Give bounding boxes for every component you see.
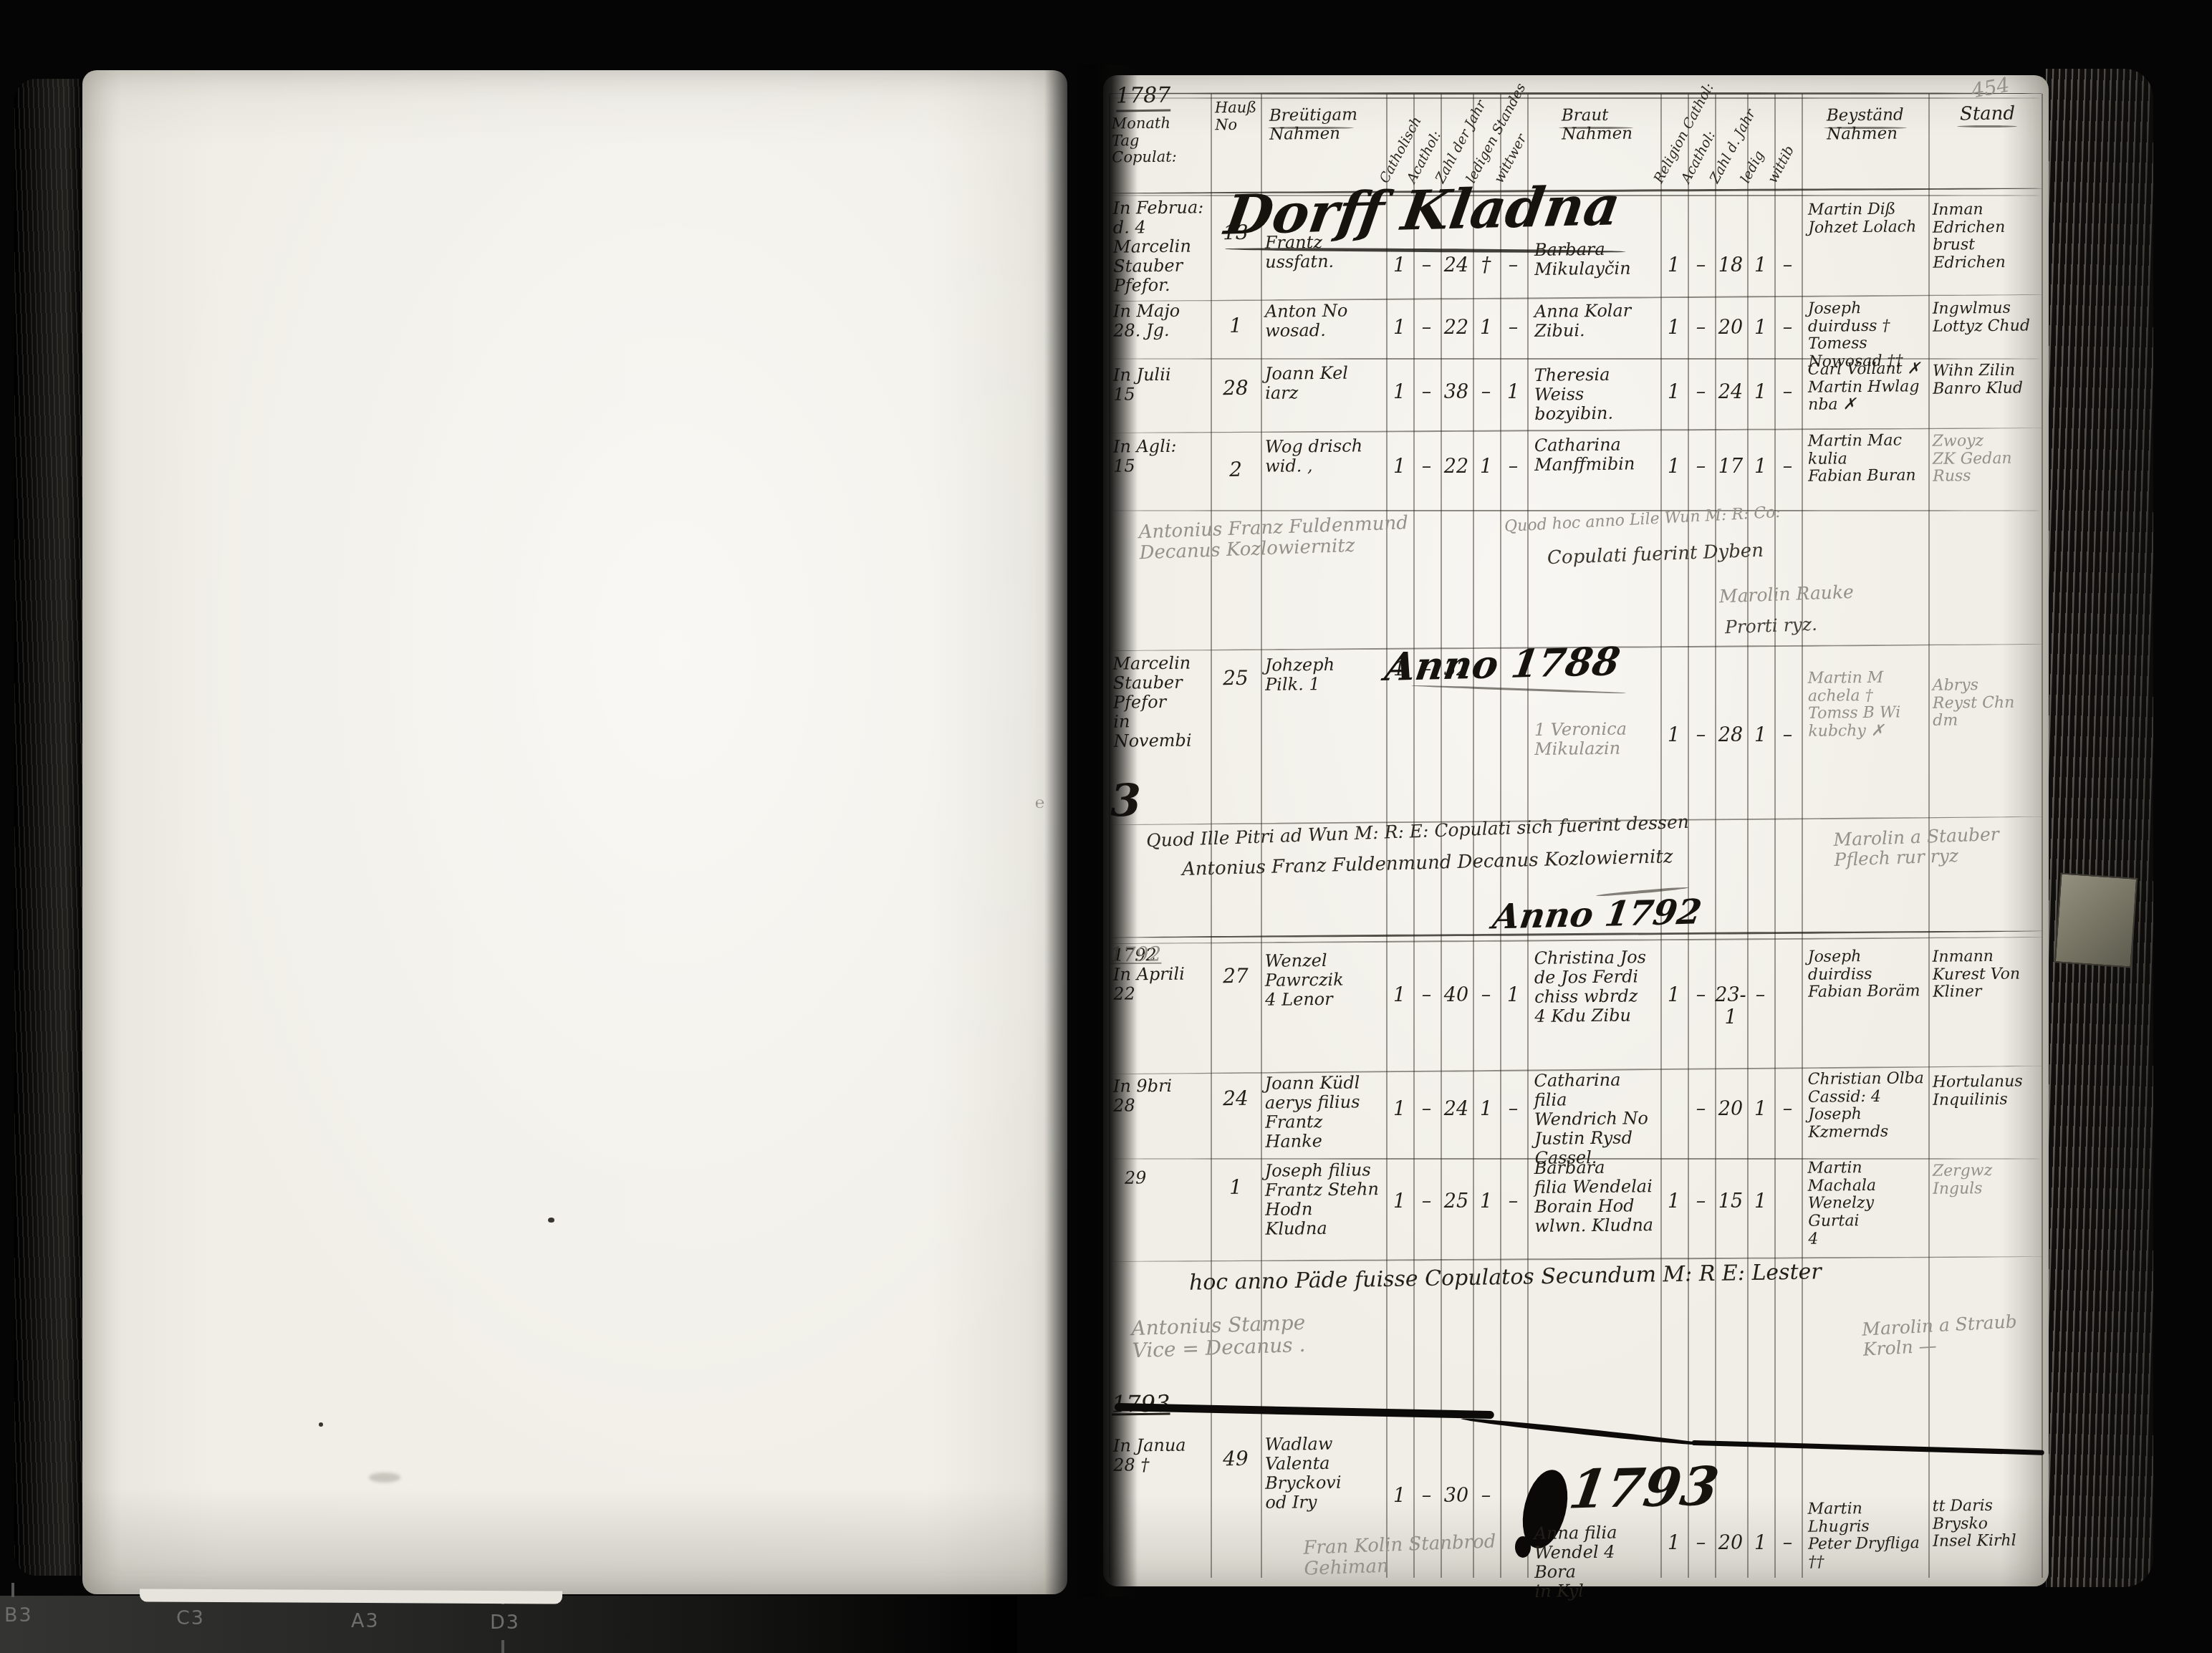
- row-groom-name: Joseph filius Frantz Stehn Hodn Kludna: [1264, 1160, 1384, 1238]
- row-house-no: 27: [1212, 965, 1259, 988]
- row-groom-name: Joann Kel iarz: [1265, 363, 1385, 403]
- bride-age: 20: [1715, 1098, 1746, 1120]
- row-groom-name: Frantz ussfatn.: [1265, 232, 1385, 271]
- column-header-bride: Braut Nahmen: [1562, 106, 1632, 144]
- row-witnesses: Martin M achela † Tomss B Wi kubchy ✗: [1807, 669, 1925, 741]
- groom-widower-mark: 1: [1500, 381, 1526, 403]
- header-underline: [1268, 127, 1354, 129]
- ink-stroke: [1115, 1403, 1494, 1419]
- dean-signature: Antonius Franz Fuldenmund Decanus Kozlow…: [1182, 847, 1673, 880]
- row-bride-name: 1 Veronica Mikulazin: [1534, 719, 1658, 759]
- row-house-no: 49: [1212, 1447, 1259, 1470]
- book-gutter-shadow: [1044, 64, 1138, 1597]
- row-house-no: 2: [1212, 458, 1259, 481]
- groom-age: 40: [1441, 984, 1472, 1006]
- table-row: In Agli: 15 2 Wog drisch wid. , 1 – 22 1…: [1103, 430, 2049, 510]
- groom-single-mark: –: [1473, 1485, 1499, 1507]
- annotation-block: Antonius Franz Fuldenmund Decanus Kozlow…: [1103, 510, 2049, 648]
- groom-catholic-mark: 1: [1386, 1190, 1413, 1213]
- groom-catholic-mark: 1: [1386, 254, 1413, 276]
- bride-acatholic-mark: –: [1688, 1532, 1714, 1554]
- film-tick: [11, 1583, 14, 1597]
- bride-acatholic-mark: –: [1688, 456, 1714, 478]
- column-header-witnesses: Beyständ Nahmen: [1827, 106, 1904, 144]
- bride-age: 28: [1715, 724, 1746, 746]
- left-blank-page: ℮: [82, 70, 1067, 1594]
- bride-single-mark: 1: [1747, 456, 1774, 478]
- bride-single-mark: 1: [1747, 1190, 1774, 1213]
- bride-acatholic-mark: –: [1688, 1190, 1714, 1213]
- bride-single-mark: 1: [1747, 1532, 1774, 1554]
- microfilm-scan: B3 C3 A3 D3 ℮: [0, 0, 2212, 1653]
- row-stand: Zwoyz ZK Gedan Russ: [1933, 432, 2042, 486]
- bride-catholic-mark: 1: [1660, 1190, 1687, 1213]
- groom-age: 30: [1441, 1485, 1472, 1507]
- bride-catholic-mark: 1: [1660, 984, 1687, 1006]
- smudge: [369, 1473, 400, 1483]
- groom-catholic-mark: 1: [1386, 317, 1413, 339]
- row-house-no: 28: [1212, 377, 1259, 400]
- groom-catholic-mark: 1: [1386, 1485, 1413, 1507]
- groom-acatholic-mark: –: [1413, 317, 1440, 339]
- row-bride-name: Christina Jos de Jos Ferdi chiss wbrdz 4…: [1534, 948, 1658, 1026]
- groom-single-mark: 1: [1473, 1190, 1499, 1213]
- bride-catholic-mark: 1: [1660, 1532, 1687, 1554]
- table-row: In 9bri 28 24 Joann Küdl aerys filius Fr…: [1103, 1069, 2049, 1158]
- bride-widow-mark: –: [1774, 456, 1801, 478]
- row-stand: Inmann Kurest Von Kliner: [1933, 948, 2042, 1001]
- table-row: In Julii 15 28 Joann Kel iarz 1 – 38 – 1…: [1103, 358, 2049, 430]
- stray-pen-mark: ℮: [1035, 795, 1044, 813]
- table-row: In Februa: d. 4 Marcelin Stauber Pfefor.…: [1103, 196, 2049, 297]
- row-groom-name: Joann Küdl aerys filius Frantz Hanke: [1264, 1073, 1384, 1151]
- bride-acatholic-mark: –: [1688, 724, 1714, 746]
- row-stand: Hortulanus Inquilinis: [1933, 1073, 2042, 1109]
- ink-speck: [319, 1422, 323, 1427]
- row-house-no: 1: [1212, 1176, 1259, 1199]
- bride-catholic-mark: 1: [1660, 317, 1687, 339]
- bride-age: 17: [1715, 456, 1746, 478]
- row-bride-name: Catharina Manffmibin: [1534, 435, 1658, 475]
- ink-blot: [1515, 1536, 1531, 1558]
- row-witnesses: Martin Machala Wenelzy Gurtai 4: [1807, 1159, 1925, 1248]
- vice-dean-signature: Antonius Stampe Vice = Decanus .: [1131, 1311, 1307, 1362]
- groom-single-mark: 1: [1473, 1098, 1499, 1120]
- groom-widower-mark: 1: [1500, 984, 1526, 1006]
- bride-widow-mark: –: [1774, 381, 1801, 403]
- groom-widower-mark: –: [1500, 254, 1526, 276]
- bride-widow-mark: –: [1774, 317, 1801, 339]
- bride-acatholic-mark: –: [1688, 1098, 1714, 1120]
- row-stand: Inman Edrichen brust Edrichen: [1932, 201, 2042, 272]
- side-note: Marolin a Stauber Pflech rur ryz: [1833, 824, 2000, 870]
- groom-acatholic-mark: –: [1413, 1098, 1440, 1120]
- row-bride-name: Anna Kolar Zibui.: [1534, 301, 1658, 341]
- header-underline: [1559, 127, 1633, 129]
- table-row: 29 1 Joseph filius Frantz Stehn Hodn Klu…: [1103, 1158, 2049, 1258]
- groom-acatholic-mark: –: [1413, 381, 1440, 403]
- header-underline: [1957, 125, 2017, 127]
- anno-1792-heading: Anno 1792: [1490, 893, 1704, 937]
- bride-catholic-mark: 1: [1660, 254, 1687, 276]
- anno-1788-heading: Anno 1788: [1382, 640, 1623, 688]
- row-date: 29: [1125, 1167, 1221, 1187]
- annotation-block: Quod Ille Pitri ad Wun M: R: E: Copulati…: [1103, 820, 2049, 945]
- repair-tape-patch: [2054, 872, 2138, 968]
- book-right-page-edges: [2046, 69, 2153, 1587]
- groom-acatholic-mark: –: [1413, 254, 1440, 276]
- bride-age: 23-1: [1715, 984, 1746, 1028]
- groom-age: 24: [1441, 1098, 1472, 1120]
- row-house-no: 25: [1212, 667, 1259, 690]
- film-marker: A3: [351, 1610, 380, 1632]
- film-marker: B3: [4, 1604, 33, 1627]
- film-tick: [501, 1640, 504, 1653]
- groom-age: 22: [1441, 456, 1472, 478]
- book-left-page-edges: [14, 79, 83, 1576]
- table-row: In Janua 28 † 49 Wadlaw Valenta Bryckovi…: [1103, 1429, 2049, 1585]
- bride-age: 20: [1715, 1532, 1746, 1554]
- groom-acatholic-mark: –: [1413, 1190, 1440, 1213]
- bride-catholic-mark: 1: [1660, 456, 1687, 478]
- row-witnesses: Carl Vollant ✗ Martin Hwlag nba ✗: [1808, 360, 1926, 415]
- row-groom-name: Wenzel Pawrczik 4 Lenor: [1265, 950, 1385, 1009]
- under-page-edge: [140, 1589, 562, 1604]
- groom-age: 25: [1441, 1190, 1472, 1213]
- bride-catholic-mark: 1: [1660, 381, 1687, 403]
- bride-age: 20: [1715, 317, 1746, 339]
- table-row: In Majo 28. Jg. 1 Anton No wosad. 1 – 22…: [1103, 297, 2049, 358]
- row-witnesses: Joseph duirdiss Fabian Boräm: [1808, 948, 1926, 1002]
- bride-acatholic-mark: –: [1688, 254, 1714, 276]
- row-witnesses: Martin Lhugris Peter Dryfliga ††: [1807, 1500, 1925, 1571]
- bride-acatholic-mark: –: [1688, 317, 1714, 339]
- bride-single-mark: 1: [1747, 254, 1774, 276]
- row-stand: Ingwlmus Lottyz Chud: [1933, 299, 2042, 336]
- groom-single-mark: †: [1473, 254, 1499, 276]
- groom-catholic-mark: 1: [1386, 984, 1413, 1006]
- latin-note-line: Copulati fuerint Dyben: [1547, 541, 1764, 569]
- bride-age: 24: [1715, 381, 1746, 403]
- table-row: Marcelin Stauber Pfefor in Novembi 25 Jo…: [1103, 648, 2049, 820]
- big-1793-heading: 1793: [1565, 1457, 1722, 1520]
- row-groom-name: Wadlaw Valenta Bryckovi od Iry: [1264, 1434, 1384, 1512]
- bride-acatholic-mark: –: [1688, 381, 1714, 403]
- row-stand: Zergwz Inguls: [1933, 1162, 2042, 1198]
- groom-age: 24: [1441, 254, 1472, 276]
- groom-single-mark: 1: [1473, 456, 1499, 478]
- bride-widow-mark: –: [1774, 1098, 1801, 1120]
- groom-age: 22: [1441, 317, 1472, 339]
- bride-acatholic-mark: –: [1688, 984, 1714, 1006]
- groom-acatholic-mark: –: [1413, 984, 1440, 1006]
- bride-age: 15: [1715, 1190, 1746, 1213]
- row-bride-name: Barbara filia Wendelai Borain Hod wlwn. …: [1534, 1157, 1658, 1235]
- latin-attestation-line: hoc anno Päde fuisse Copulatos Secundum …: [1189, 1260, 1822, 1295]
- header-underline: [1824, 127, 1907, 129]
- row-groom-name: Johzeph Pilk. 1: [1265, 655, 1385, 694]
- register-page: 1787 Monath Tag Copulat: Hauß No Breütig…: [1103, 75, 2049, 1586]
- film-marker: C3: [176, 1607, 205, 1629]
- groom-single-mark: 1: [1473, 317, 1499, 339]
- row-groom-name: Anton No wosad.: [1265, 301, 1385, 340]
- row-bride-name: Catharina filia Wendrich No Justin Rysd …: [1534, 1070, 1658, 1167]
- side-note: Marolin a Straub Kroln —: [1862, 1311, 2019, 1359]
- groom-catholic-mark: 1: [1386, 1098, 1413, 1120]
- bride-single-mark: –: [1747, 984, 1774, 1006]
- bride-widow-mark: –: [1774, 724, 1801, 746]
- annotation-block: hoc anno Päde fuisse Copulatos Secundum …: [1103, 1258, 2049, 1394]
- dean-signature-faint: Antonius Franz Fuldenmund Decanus Kozlow…: [1138, 512, 1441, 564]
- ink-speck: [548, 1218, 554, 1223]
- groom-acatholic-mark: –: [1413, 1485, 1440, 1507]
- groom-acatholic-mark: –: [1413, 456, 1440, 478]
- bride-single-mark: 1: [1747, 724, 1774, 746]
- groom-single-mark: –: [1473, 984, 1499, 1006]
- row-house-no: 24: [1212, 1086, 1259, 1109]
- row-bride-name: Anna filia Wendel 4 Bora in Kyl: [1534, 1523, 1658, 1601]
- groom-widower-mark: –: [1500, 1190, 1526, 1213]
- bride-single-mark: 1: [1747, 1098, 1774, 1120]
- groom-widower-mark: –: [1500, 456, 1526, 478]
- bride-catholic-mark: 1: [1660, 724, 1687, 746]
- bride-single-mark: 1: [1747, 381, 1774, 403]
- column-header-house-no: Hauß No: [1215, 100, 1257, 134]
- column-header-stand: Stand: [1960, 104, 2015, 125]
- row-stand: tt Daris Brysko Insel Kirhl: [1933, 1497, 2042, 1551]
- row-groom-name: Wog drisch wid. ,: [1265, 436, 1385, 476]
- faint-note: Fran Kolin Stanbrod Gehiman: [1303, 1531, 1497, 1580]
- row-house-no: 1: [1212, 314, 1259, 337]
- table-row: 1792 In Aprili 22 27 Wenzel Pawrczik 4 L…: [1103, 945, 2049, 1067]
- row-bride-name: Theresia Weiss bozyibin.: [1534, 365, 1658, 423]
- latin-note-line: Marolin Rauke: [1719, 582, 1855, 607]
- row-witnesses: Martin Mac kulia Fabian Buran: [1808, 432, 1926, 486]
- groom-catholic-mark: 1: [1386, 456, 1413, 478]
- row-stand: Abrys Reyst Chn dm: [1933, 676, 2042, 730]
- bride-widow-mark: –: [1774, 1532, 1801, 1554]
- film-marker: D3: [490, 1611, 520, 1634]
- groom-age: 38: [1441, 381, 1472, 403]
- latin-note-line: Prorti ryz.: [1725, 615, 1818, 637]
- groom-widower-mark: –: [1500, 317, 1526, 339]
- column-header-groom: Breütigam Nahmen: [1269, 106, 1358, 144]
- row-bride-name: Barbara Mikulayčin: [1534, 239, 1658, 279]
- bride-widow-mark: –: [1774, 254, 1801, 276]
- bride-age: 18: [1715, 254, 1746, 276]
- groom-widower-mark: –: [1500, 1098, 1526, 1120]
- groom-catholic-mark: 1: [1386, 381, 1413, 403]
- row-stand: Wihn Zilin Banro Klud: [1933, 362, 2042, 398]
- bride-single-mark: 1: [1747, 317, 1774, 339]
- groom-single-mark: –: [1473, 381, 1499, 403]
- page-number-note: 454: [1970, 74, 2011, 102]
- row-witnesses: Martin Diß Johzet Lolach: [1808, 201, 1926, 237]
- row-witnesses: Christian Olba Cassid: 4 Joseph Kzmernds: [1807, 1070, 1925, 1142]
